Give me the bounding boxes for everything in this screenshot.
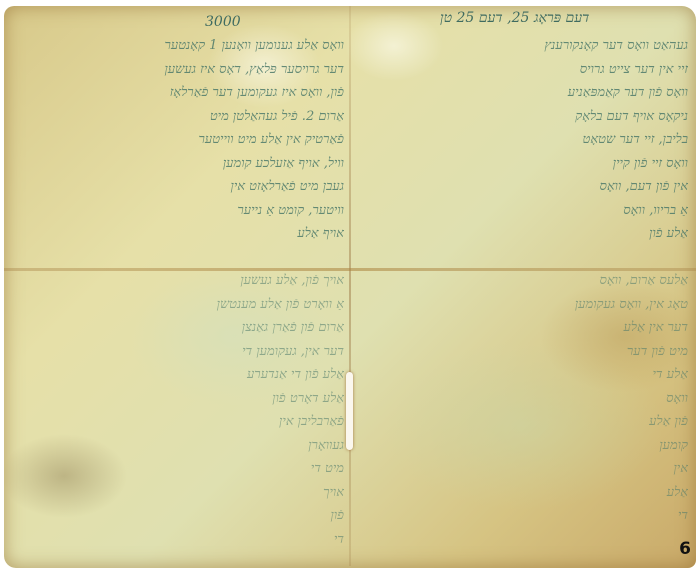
handwritten-line: אין [358,457,688,481]
vertical-fold-crease [349,6,351,566]
handwritten-line: אַלע [358,481,688,505]
handwritten-line: די [14,528,344,552]
handwritten-line [358,528,688,552]
handwritten-line: אין פֿון דעם, וואָס [358,175,688,199]
left-page-header-number: 3000 [205,14,241,30]
handwritten-line: אַרום פֿון פֿאַרן גאַנצן [14,316,344,340]
handwritten-line: דער גרויסער פּלאַץ, דאָס איז געשען [14,58,344,82]
handwritten-line: אַ בריוו, וואָס [358,199,688,223]
handwritten-line: דער אין אַלע [358,316,688,340]
paper-tear [346,372,353,450]
handwritten-line: געבן מיט פֿאַרלאָזט אין [14,175,344,199]
page-number: 6 [679,539,691,559]
handwritten-line: אַ וואָרט פֿון אַלע מענטשן [14,293,344,317]
handwritten-line: וויל, אויף אַזעלכע קומען [14,152,344,176]
handwritten-line: פֿאַרבליבן אין [14,410,344,434]
handwritten-line: פֿון, וואָס איז געקומען דער פֿאַרלאָז [14,81,344,105]
handwritten-line: געהאַט וואָס דער קאָנקורענץ [358,34,688,58]
handwritten-line: דער אין, געקומען די [14,340,344,364]
right-page-header-date: דעם פּראָג 25, דעם 25 טן [440,10,589,27]
handwritten-line: מיט פֿון דער [358,340,688,364]
handwritten-line: אַלע די [358,363,688,387]
handwritten-line: פֿון אַלע [358,410,688,434]
handwritten-line: פֿאַרטיק אין אַלע מיט ווייטער [14,128,344,152]
handwritten-line: וואָס זיי פֿון קיין [358,152,688,176]
handwritten-line: ניקאָס אויף דעם בלאָק [358,105,688,129]
handwritten-line: פֿון [14,504,344,528]
handwritten-line: אַלעס אַרום, וואָס [358,269,688,293]
handwritten-line: וואָס [358,387,688,411]
handwritten-line [358,246,688,270]
handwritten-line: וואָס אַלע גענומען וואָנען 1 קאָנטער [14,34,344,58]
handwritten-line: אַלע פֿון [358,222,688,246]
left-page-text: וואָס אַלע גענומען וואָנען 1 קאָנטער דער… [14,34,344,551]
right-page-text: געהאַט וואָס דער קאָנקורענץ זיי אין דער … [358,34,688,551]
handwritten-line: קומען [358,434,688,458]
handwritten-line: אויך [14,481,344,505]
handwritten-line: וויטער, קומט אַ נייער [14,199,344,223]
handwritten-line: געוואָרן [14,434,344,458]
handwritten-line: מיט די [14,457,344,481]
handwritten-line: די [358,504,688,528]
handwritten-line: אַלע דאָרט פֿון [14,387,344,411]
handwritten-line: אויף אַלע [14,222,344,246]
handwritten-line [14,246,344,270]
handwritten-line: טאָג אין, וואָס געקומען [358,293,688,317]
handwritten-line: בליבן, זיי דער שטאָט [358,128,688,152]
handwritten-line: אַלע פֿון די אַנדערע [14,363,344,387]
handwritten-line: אויך פֿון, אַלע געשען [14,269,344,293]
handwritten-line: אַרום 2. פֿיל געהאַלטן מיט [14,105,344,129]
handwritten-line: וואָס פֿון דער קאַמפּאַניע [358,81,688,105]
handwritten-line: זיי אין דער צייט גרויס [358,58,688,82]
